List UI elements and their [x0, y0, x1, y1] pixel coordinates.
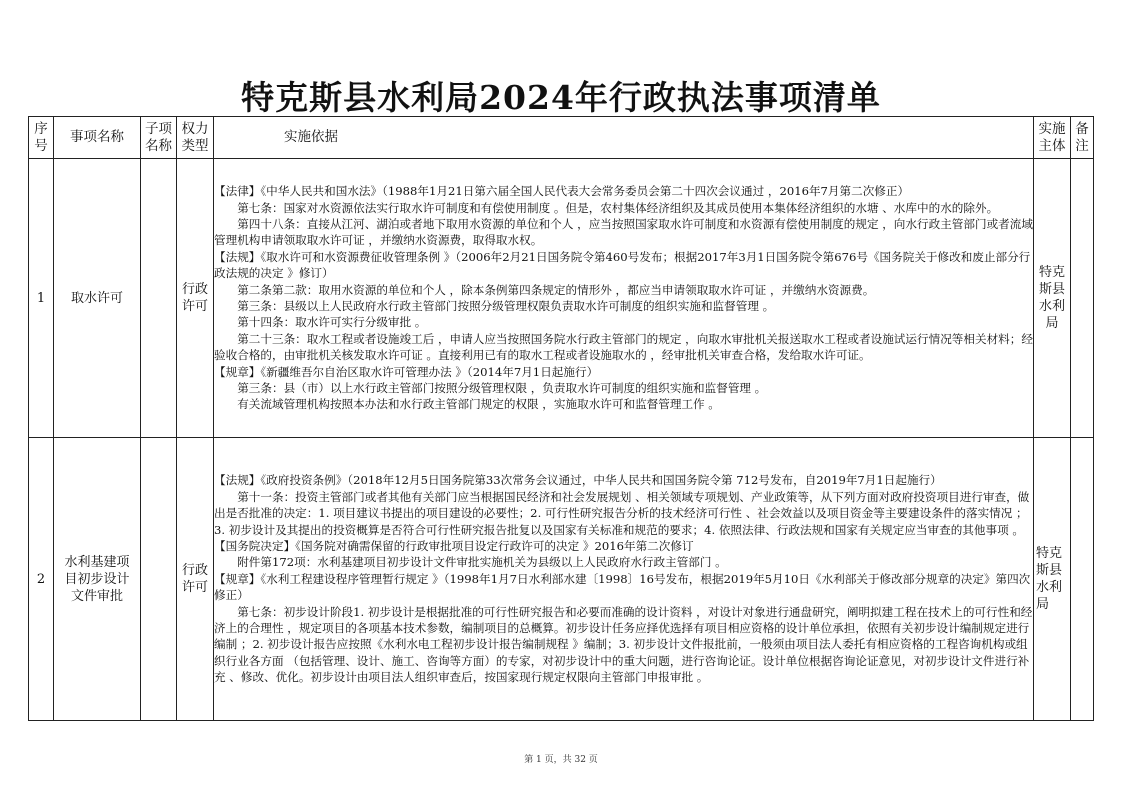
basis-line: 第四十八条：直接从江河、湖泊或者地下取用水资源的单位和个人 ，应当按照国家取水许…	[214, 216, 1033, 249]
basis-line: 第二十三条：取水工程或者设施竣工后 ，申请人应当按照国务院水行政主管部门的规定 …	[214, 331, 1033, 364]
cell-subject: 特克斯县水利局	[1034, 438, 1071, 721]
header-seq: 序号	[29, 117, 54, 159]
cell-subject: 特克斯县水利局	[1034, 159, 1071, 438]
header-remarks: 备注	[1071, 117, 1094, 159]
cell-remarks	[1071, 438, 1094, 721]
page-title: 特克斯县水利局2024年行政执法事项清单	[0, 72, 1122, 119]
basis-line: 【法规】《取水许可和水资源费征收管理条例 》（2006年2月21日国务院令第46…	[214, 249, 1033, 282]
cell-basis: 【法律】《中华人民共和国水法》（1988年1月21日第六届全国人民代表大会常务委…	[214, 159, 1034, 438]
basis-line: 【法律】《中华人民共和国水法》（1988年1月21日第六届全国人民代表大会常务委…	[214, 183, 1033, 199]
basis-line: 第十四条：取水许可实行分级审批 。	[214, 314, 1033, 330]
basis-line: 【法规】《政府投资条例》（2018年12月5日国务院第33次常务会议通过，中华人…	[214, 472, 1033, 488]
table-row: 2 水利基建项目初步设计文件审批 行政许可 【法规】《政府投资条例》（2018年…	[29, 438, 1094, 721]
basis-line: 第七条：初步设计阶段1. 初步设计是根据批准的可行性研究报告和必要而准确的设计资…	[214, 604, 1033, 686]
cell-sub-item-name	[141, 438, 177, 721]
cell-power-type: 行政许可	[177, 438, 214, 721]
cell-remarks	[1071, 159, 1094, 438]
basis-line: 附件第172项：水利基建项目初步设计文件审批实施机关为县级以上人民政府水行政主管…	[214, 554, 1033, 570]
basis-line: 有关流域管理机构按照本办法和水行政主管部门规定的权限 ，实施取水许可和监督管理工…	[214, 396, 1033, 412]
header-power-type: 权力类型	[177, 117, 214, 159]
cell-power-type: 行政许可	[177, 159, 214, 438]
basis-line: 第七条：国家对水资源依法实行取水许可制度和有偿使用制度 。但是，农村集体经济组织…	[214, 200, 1033, 216]
header-item-name: 事项名称	[54, 117, 141, 159]
enforcement-items-table: 序号 事项名称 子项名称 权力类型 实施依据 实施主体 备注 1 取水许可 行政…	[28, 116, 1094, 721]
cell-seq: 1	[29, 159, 54, 438]
header-subject: 实施主体	[1034, 117, 1071, 159]
basis-line: 【国务院决定】《国务院对确需保留的行政审批项目设定行政许可的决定 》2016年第…	[214, 538, 1033, 554]
basis-line: 第三条：县（市）以上水行政主管部门按照分级管理权限 ，负责取水许可制度的组织实施…	[214, 380, 1033, 396]
basis-line: 第三条：县级以上人民政府水行政主管部门按照分级管理权限负责取水许可制度的组织实施…	[214, 298, 1033, 314]
table-row: 1 取水许可 行政许可 【法律】《中华人民共和国水法》（1988年1月21日第六…	[29, 159, 1094, 438]
basis-line: 第二条第二款：取用水资源的单位和个人 ，除本条例第四条规定的情形外 ，都应当申请…	[214, 282, 1033, 298]
basis-line: 【规章】《新疆维吾尔自治区取水许可管理办法 》（2014年7月1日起施行）	[214, 364, 1033, 380]
cell-basis: 【法规】《政府投资条例》（2018年12月5日国务院第33次常务会议通过，中华人…	[214, 438, 1034, 721]
cell-seq: 2	[29, 438, 54, 721]
cell-sub-item-name	[141, 159, 177, 438]
basis-line: 【规章】《水利工程建设程序管理暂行规定 》（1998年1月7日水利部水建〔199…	[214, 571, 1033, 604]
page-number: 第 1 页，共 32 页	[0, 752, 1122, 765]
header-sub-item-name: 子项名称	[141, 117, 177, 159]
table-header-row: 序号 事项名称 子项名称 权力类型 实施依据 实施主体 备注	[29, 117, 1094, 159]
basis-line: 第十一条：投资主管部门或者其他有关部门应当根据国民经济和社会发展规划 、相关领域…	[214, 489, 1033, 538]
header-basis: 实施依据	[214, 117, 1034, 159]
cell-item-name: 水利基建项目初步设计文件审批	[54, 438, 141, 721]
cell-item-name: 取水许可	[54, 159, 141, 438]
